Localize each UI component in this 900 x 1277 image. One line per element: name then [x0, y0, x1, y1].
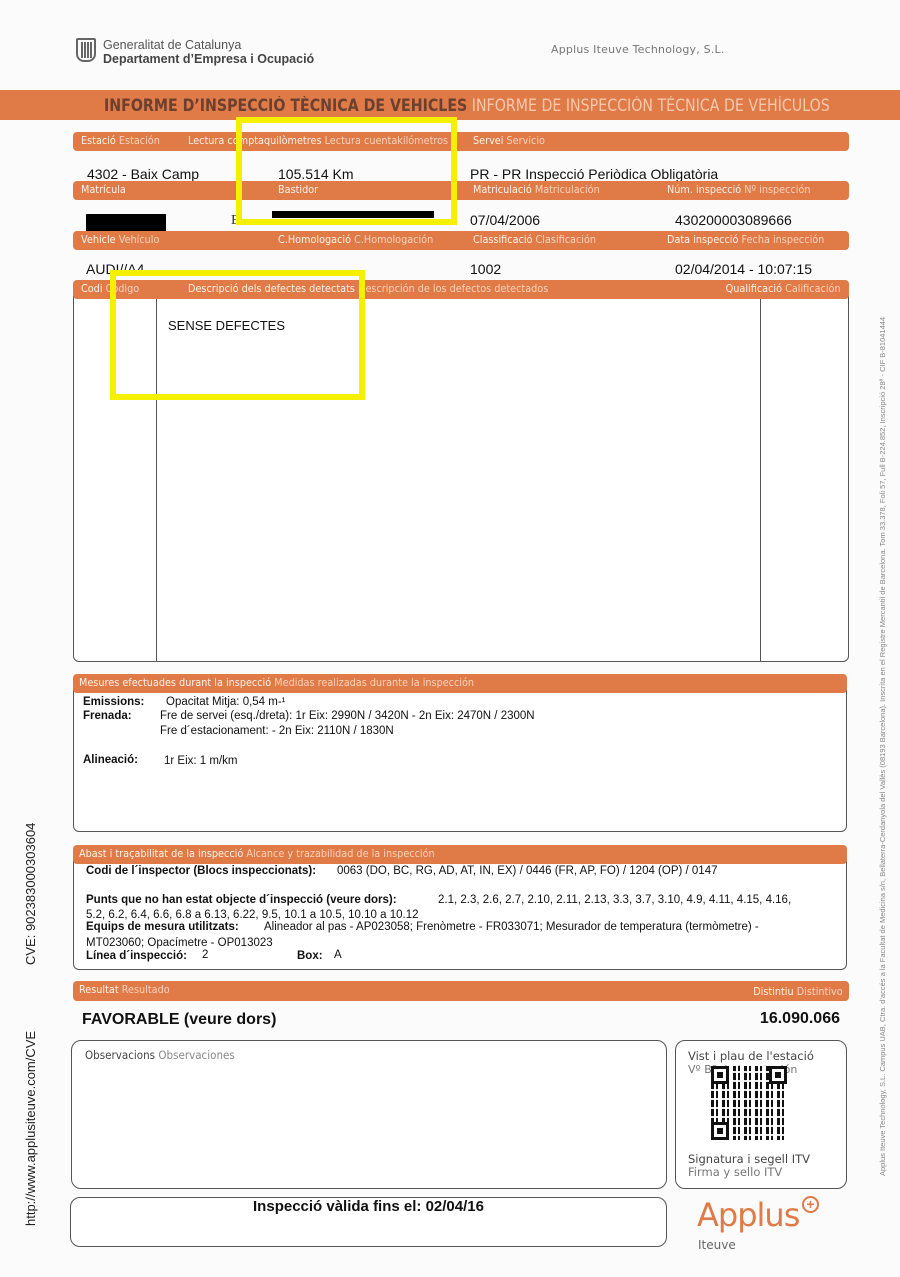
generalitat-logo-icon: [76, 38, 96, 62]
classification-label: Classificació Clasificación: [473, 233, 596, 246]
row3-label-bar: Vehicle Vehículo C.Homologació C.Homolog…: [73, 231, 849, 250]
title-es: INFORME DE INSPECCIÓN TÉCNICA DE VEHÍCUL…: [472, 96, 830, 115]
registration-value: 07/04/2006: [470, 212, 540, 228]
validity-text: Inspecció vàlida fins el: 02/04/16: [71, 1198, 666, 1215]
classification-value: 1002: [470, 261, 501, 277]
scope-header-bar: Abast i traçabilitat de la inspecció Alc…: [73, 845, 847, 864]
uninspected-points-line1: 2.1, 2.3, 2.6, 2.7, 2.10, 2.11, 2.13, 3.…: [438, 894, 791, 906]
uninspected-points-line2: 5.2, 6.2, 6.4, 6.6, 6.8 a 6.13, 6.22, 9.…: [86, 909, 418, 921]
plus-icon: +: [802, 1196, 819, 1213]
qr-code-icon: [711, 1066, 787, 1140]
applus-logo: Applus: [697, 1196, 799, 1234]
validity-box: Inspecció vàlida fins el: 02/04/16: [70, 1197, 667, 1247]
defects-divider-rating: [760, 299, 761, 661]
emissions-value: Opacitat Mitja: 0,54 m-¹: [166, 696, 286, 708]
equipment-label: Equips de mesura utilitzats:: [86, 921, 239, 933]
box-value: A: [334, 949, 342, 961]
inspector-code-label: Codi de l´inspector (Blocs inspeccionats…: [86, 865, 316, 877]
rating-column-header: Qualificació Calificación: [726, 282, 841, 295]
station-value: 4302 - Baix Camp: [87, 166, 199, 182]
result-label: Resultat Resultado: [79, 983, 170, 996]
station-approval-label: Vist i plau de l'estació: [688, 1049, 814, 1063]
inspector-code-value: 0063 (DO, BC, RG, AD, AT, IN, EX) / 0446…: [337, 865, 718, 877]
station-label: Estació Estación: [81, 134, 160, 147]
scope-title: Abast i traçabilitat de la inspecció Alc…: [79, 847, 435, 860]
measurements-title: Mesures efectuades durant la inspecció M…: [79, 676, 474, 689]
cve-code: CVE: 902383000303604: [23, 823, 38, 965]
emissions-label: Emissions:: [83, 696, 144, 708]
braking-parking-value: Fre d´estacionament: - 2n Eix: 2110N / 1…: [160, 725, 394, 737]
inspection-date-label: Data inspecció Fecha inspección: [667, 233, 824, 246]
braking-service-value: Fre de servei (esq./dreta): 1r Eix: 2990…: [160, 710, 535, 722]
company-name: Applus Iteuve Technology, S.L.: [551, 43, 725, 56]
service-label: Servei Servicio: [473, 134, 545, 147]
observations-label: Observacions Observaciones: [85, 1048, 235, 1062]
service-value: PR - PR Inspecció Periòdica Obligatòria: [470, 166, 718, 182]
vehicle-label: Vehicle Vehículo: [81, 233, 159, 246]
measurements-header-bar: Mesures efectuades durant la inspecció M…: [73, 674, 847, 693]
box-label: Box:: [297, 950, 323, 962]
inspection-line-label: Línea d´inspecció:: [86, 950, 187, 962]
uninspected-points-label: Punts que no han estat objecte d´inspecc…: [86, 894, 397, 906]
signature-stamp-label-es: Firma y sello ITV: [688, 1165, 782, 1179]
inspection-number-value: 430200003089666: [675, 212, 792, 228]
plate-value-redacted: [86, 214, 166, 231]
org-department: Departament d’Empresa i Ocupació: [103, 52, 314, 66]
signature-stamp-label: Signatura i segell ITV: [688, 1152, 810, 1166]
alignment-label: Alineació:: [83, 754, 138, 766]
badge-label: Distintiu Distintivo: [754, 985, 843, 998]
row1-label-bar: Estació Estación Lectura comptaquilòmetr…: [73, 132, 849, 151]
equipment-line1: Alineador al pas - AP023058; Frenòmetre …: [264, 921, 759, 933]
legal-notice: Applus Iteuve Technology, S.L. Campus UA…: [878, 317, 887, 1176]
org-name: Generalitat de Catalunya: [103, 38, 241, 52]
document-title: INFORME D’INSPECCIÓ TÈCNICA DE VEHICLES …: [104, 96, 830, 115]
plate-label: Matrícula: [81, 183, 126, 196]
homologation-label: C.Homologació C.Homologación: [278, 233, 433, 246]
badge-value: 16.090.066: [760, 1010, 840, 1028]
inspection-number-label: Núm. inspecció Nº inspección: [667, 183, 811, 196]
result-header-bar: Resultat Resultado Distintiu Distintivo: [73, 981, 849, 1001]
applus-logo-sub: Iteuve: [698, 1238, 736, 1252]
registration-label: Matriculació Matriculación: [473, 183, 600, 196]
observations-box: [71, 1040, 667, 1189]
defects-highlight: [110, 270, 365, 400]
cve-url[interactable]: http://www.applusiteuve.com/CVE: [23, 1031, 38, 1226]
inspection-line-value: 2: [202, 949, 208, 961]
odometer-highlight: [236, 117, 457, 225]
alignment-value: 1r Eix: 1 m/km: [164, 755, 237, 767]
braking-label: Frenada:: [83, 710, 132, 722]
row2-label-bar: Matrícula Bastidor Matriculació Matricul…: [73, 181, 849, 200]
inspection-date-value: 02/04/2014 - 10:07:15: [675, 261, 812, 277]
result-value: FAVORABLE (veure dors): [82, 1011, 276, 1029]
title-ca: INFORME D’INSPECCIÓ TÈCNICA DE VEHICLES: [104, 96, 467, 115]
equipment-line2: MT023060; Opacímetre - OP013023: [86, 937, 273, 949]
